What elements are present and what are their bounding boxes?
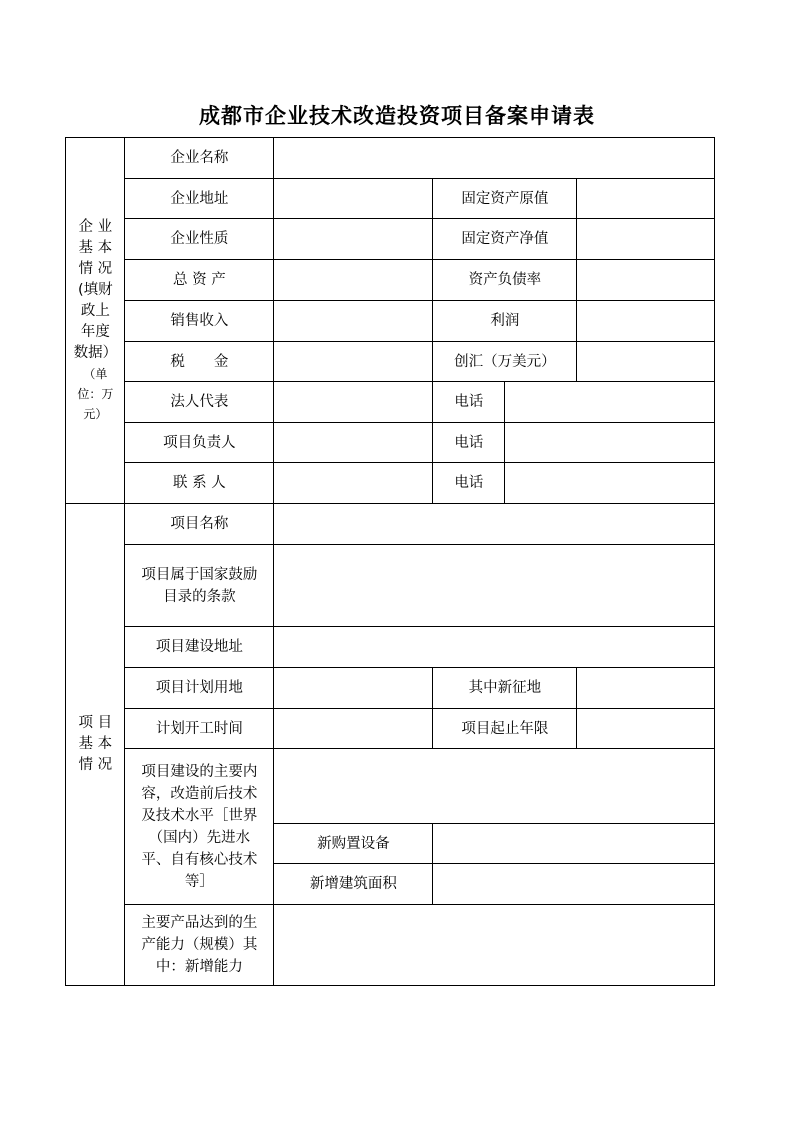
label-text: 联 系 人 [173,472,226,494]
label-project-leader: 项目负责人 [124,422,274,463]
project-site-address-field[interactable] [273,626,715,668]
label-text: 项目名称 [170,513,228,535]
fixed-assets-original-field[interactable] [576,178,715,219]
encouraged-catalog-clause-field[interactable] [273,544,715,627]
planned-land-use-field[interactable] [273,667,433,709]
label-text: 新购置设备 [317,833,390,855]
label-text: 计划开工时间 [156,718,243,740]
foreign-exchange-field[interactable] [576,341,715,382]
label-text: 项目建设地址 [156,636,243,658]
label-text: 电话 [454,391,483,413]
label-line: 容，改造前后技术 [141,783,257,805]
label-line: 平、自有核心技术 [141,849,257,871]
label-debt-ratio: 资产负债率 [432,259,577,301]
label-text: 企业性质 [170,228,228,250]
label-text: 创汇（万美元） [454,351,556,373]
label-line: 中：新增能力 [156,956,243,978]
unit-note-line: 元） [83,404,107,424]
label-phone: 电话 [432,381,505,423]
legal-representative-field[interactable] [273,381,433,423]
heading-line: 数据） [74,343,118,364]
label-total-assets: 总 资 产 [124,259,274,301]
label-text: 电话 [454,472,483,494]
label-project-duration: 项目起止年限 [432,708,577,749]
label-phone: 电话 [432,462,505,504]
label-line: 项目建设的主要内 [141,761,257,783]
contact-person-phone-field[interactable] [504,462,715,504]
heading-line: 情 况 [79,755,113,776]
profit-field[interactable] [576,300,715,342]
unit-note-line: 位：万 [77,384,113,404]
label-text: 资产负债率 [469,269,542,291]
debt-ratio-field[interactable] [576,259,715,301]
label-new-equipment: 新购置设备 [273,823,433,864]
label-project-site-address: 项目建设地址 [124,626,274,668]
new-equipment-field[interactable] [432,823,715,864]
label-enterprise-address: 企业地址 [124,178,274,219]
label-profit: 利润 [432,300,577,342]
taxes-field[interactable] [273,341,433,382]
label-line: 产能力（规模）其 [141,934,257,956]
label-taxes: 税 金 [124,341,274,382]
heading-line: 年度 [81,322,110,343]
label-text: 销售收入 [170,310,228,332]
label-phone: 电话 [432,422,505,463]
label-text: 总 资 产 [173,269,226,291]
legal-representative-phone-field[interactable] [504,381,715,423]
label-encouraged-catalog-clause: 项目属于国家鼓励 目录的条款 [124,544,274,627]
label-project-name: 项目名称 [124,503,274,545]
label-newly-acquired-land: 其中新征地 [432,667,577,709]
label-main-construction-content: 项目建设的主要内 容，改造前后技术 及技术水平［世界 （国内）先进水 平、自有核… [124,748,274,905]
newly-acquired-land-field[interactable] [576,667,715,709]
label-text: 项目计划用地 [156,677,243,699]
label-text: 电话 [454,432,483,454]
enterprise-section-heading: 企 业 基 本 情 况 (填财 政上 年度 数据） （单 位：万 元） [65,137,125,504]
enterprise-type-field[interactable] [273,218,433,260]
label-text: 法人代表 [170,391,228,413]
label-fixed-assets-original: 固定资产原值 [432,178,577,219]
label-text: 税 金 [170,351,228,373]
heading-line: 基 本 [79,238,113,259]
heading-line: 企 业 [79,217,113,238]
project-duration-field[interactable] [576,708,715,749]
application-form-table: 企 业 基 本 情 况 (填财 政上 年度 数据） （单 位：万 元） 企业名称… [0,0,794,1123]
label-text: 企业地址 [170,188,228,210]
label-line: 等］ [185,871,214,893]
label-enterprise-name: 企业名称 [124,137,274,179]
production-capacity-field[interactable] [273,904,715,986]
heading-line: (填财 [78,280,113,301]
enterprise-name-field[interactable] [273,137,715,179]
label-text: 项目负责人 [163,432,236,454]
total-assets-field[interactable] [273,259,433,301]
label-text: 其中新征地 [469,677,542,699]
fixed-assets-net-field[interactable] [576,218,715,260]
label-line: 项目属于国家鼓励 [141,564,257,586]
label-planned-start-date: 计划开工时间 [124,708,274,749]
heading-line: 政上 [81,301,110,322]
unit-note-line: （单 [83,364,107,384]
label-new-building-area: 新增建筑面积 [273,863,433,905]
heading-line: 情 况 [79,259,113,280]
label-production-capacity: 主要产品达到的生 产能力（规模）其 中：新增能力 [124,904,274,986]
enterprise-address-field[interactable] [273,178,433,219]
project-leader-phone-field[interactable] [504,422,715,463]
label-legal-representative: 法人代表 [124,381,274,423]
planned-start-date-field[interactable] [273,708,433,749]
label-line: （国内）先进水 [149,827,251,849]
label-text: 固定资产原值 [461,188,548,210]
label-line: 及技术水平［世界 [141,805,257,827]
label-line: 主要产品达到的生 [141,912,257,934]
project-section-heading: 项 目 基 本 情 况 [65,503,125,986]
label-text: 固定资产净值 [461,228,548,250]
label-text: 项目起止年限 [461,718,548,740]
label-enterprise-type: 企业性质 [124,218,274,260]
label-sales-revenue: 销售收入 [124,300,274,342]
label-foreign-exchange: 创汇（万美元） [432,341,577,382]
sales-revenue-field[interactable] [273,300,433,342]
new-building-area-field[interactable] [432,863,715,905]
label-text: 新增建筑面积 [310,873,397,895]
project-leader-field[interactable] [273,422,433,463]
label-text: 利润 [490,310,519,332]
project-name-field[interactable] [273,503,715,545]
label-fixed-assets-net: 固定资产净值 [432,218,577,260]
label-text: 企业名称 [170,147,228,169]
heading-line: 基 本 [79,734,113,755]
label-contact-person: 联 系 人 [124,462,274,504]
label-planned-land-use: 项目计划用地 [124,667,274,709]
contact-person-field[interactable] [273,462,433,504]
main-construction-content-field[interactable] [273,748,715,824]
heading-line: 项 目 [79,713,113,734]
label-line: 目录的条款 [163,586,236,608]
